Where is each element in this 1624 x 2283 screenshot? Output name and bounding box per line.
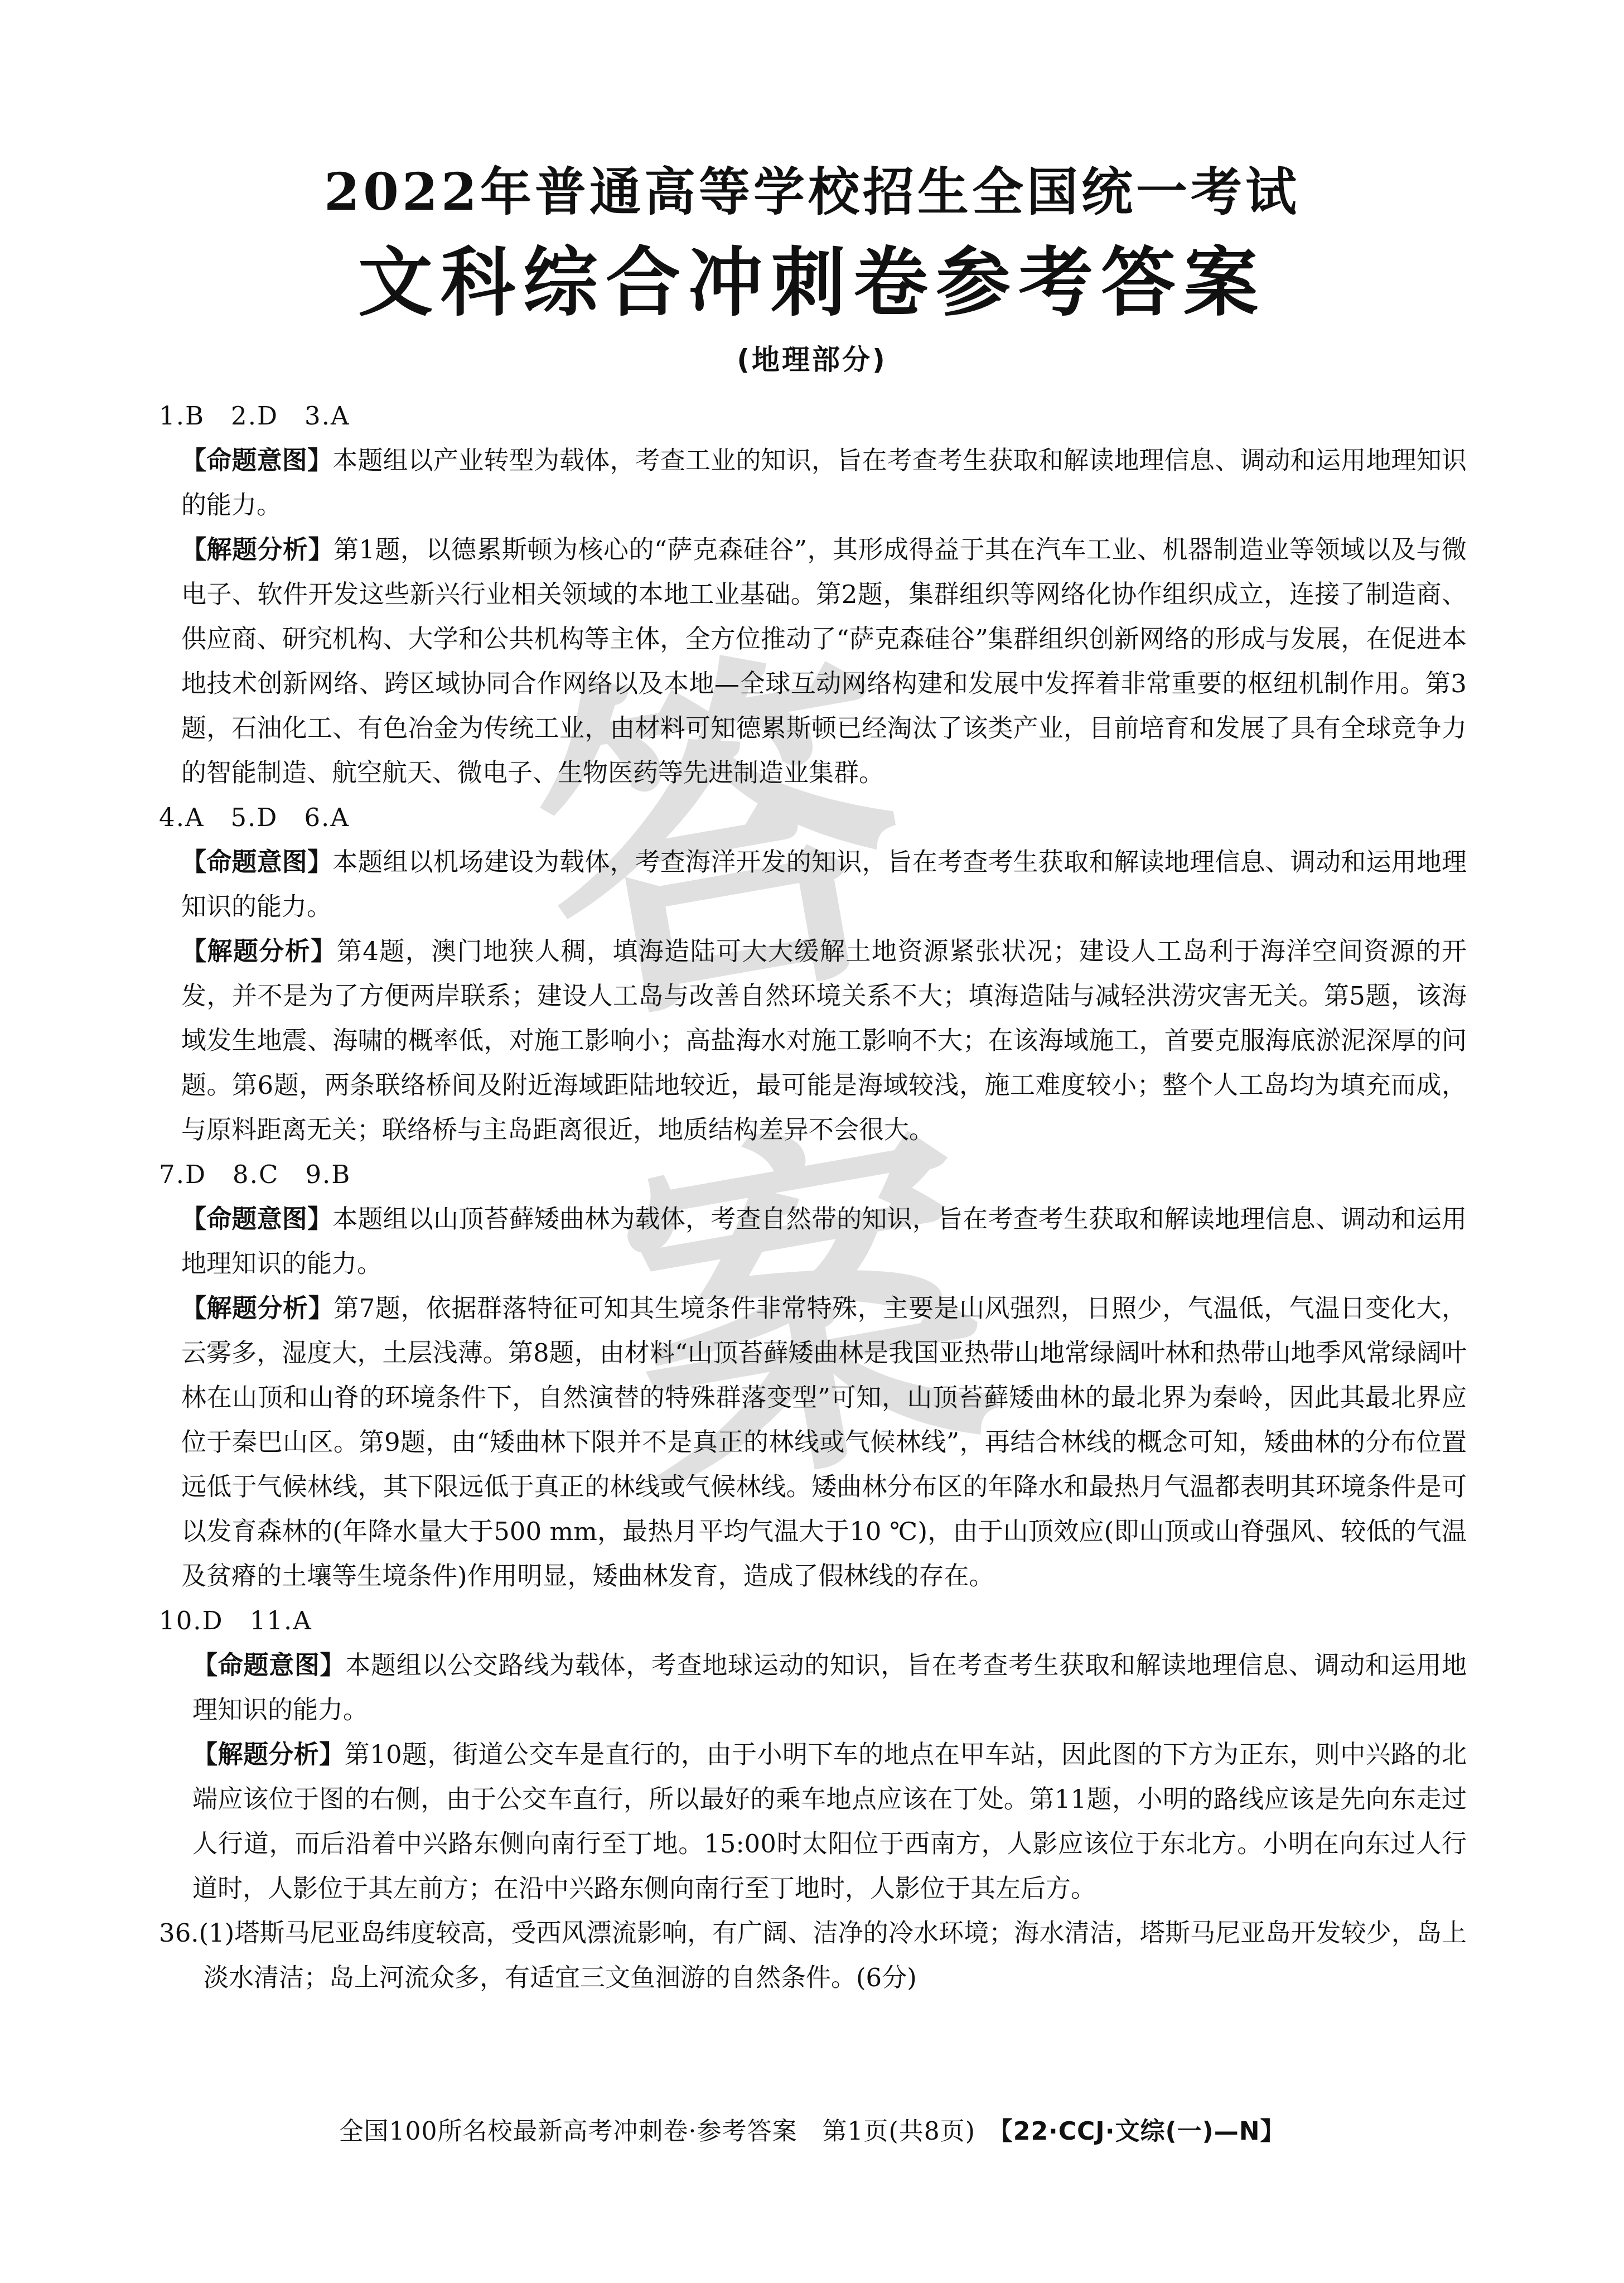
document-title: 文科综合冲刺卷参考答案 [0,245,1624,320]
intent-paragraph: 【命题意图】本题组以产业转型为载体，考查工业的知识，旨在考查考生获取和解读地理信… [159,438,1467,528]
intent-label: 【命题意图】 [192,1650,345,1680]
section-subtitle: (地理部分) [0,346,1624,374]
intent-text: 本题组以产业转型为载体，考查工业的知识，旨在考查考生获取和解读地理信息、调动和运… [181,446,1467,520]
intent-label: 【命题意图】 [181,1204,332,1234]
answer-line: 4.A 5.D 6.A [159,795,1467,840]
analysis-paragraph: 【解题分析】第4题，澳门地狭人稠，填海造陆可大大缓解土地资源紧张状况；建设人工岛… [159,929,1467,1152]
page-footer: 全国100所名校最新高考冲刺卷·参考答案 第1页(共8页) 【22·CCJ·文综… [0,2120,1624,2144]
analysis-label: 【解题分析】 [181,937,337,966]
question-group-1-3: 1.B 2.D 3.A 【命题意图】本题组以产业转型为载体，考查工业的知识，旨在… [159,394,1467,795]
analysis-label: 【解题分析】 [181,1293,333,1323]
intent-paragraph: 【命题意图】本题组以公交路线为载体，考查地球运动的知识，旨在考查考生获取和解读地… [159,1643,1467,1732]
question-group-4-6: 4.A 5.D 6.A 【命题意图】本题组以机场建设为载体，考查海洋开发的知识，… [159,795,1467,1152]
intent-text: 本题组以机场建设为载体，考查海洋开发的知识，旨在考查考生获取和解读地理信息、调动… [181,847,1467,921]
intent-paragraph: 【命题意图】本题组以机场建设为载体，考查海洋开发的知识，旨在考查考生获取和解读地… [159,840,1467,929]
analysis-paragraph: 【解题分析】第10题，街道公交车是直行的，由于小明下车的地点在甲车站，因此图的下… [159,1732,1467,1911]
analysis-text: 第4题，澳门地狭人稠，填海造陆可大大缓解土地资源紧张状况；建设人工岛利于海洋空间… [181,937,1467,1145]
intent-text: 本题组以公交路线为载体，考查地球运动的知识，旨在考查考生获取和解读地理信息、调动… [192,1650,1467,1725]
intent-paragraph: 【命题意图】本题组以山顶苔藓矮曲林为载体，考查自然带的知识，旨在考查考生获取和解… [159,1197,1467,1286]
answer-line: 7.D 8.C 9.B [159,1152,1467,1197]
question-group-7-9: 7.D 8.C 9.B 【命题意图】本题组以山顶苔藓矮曲林为载体，考查自然带的知… [159,1152,1467,1599]
q36-answer: 36.(1)塔斯马尼亚岛纬度较高，受西风漂流影响，有广阔、洁净的冷水环境；海水清… [159,1911,1467,2000]
paper-code: 【22·CCJ·文综(一)—N】 [1000,2117,1285,2146]
footer-text: 全国100所名校最新高考冲刺卷·参考答案 第1页(共8页) [339,2117,1000,2146]
analysis-text: 第7题，依据群落特征可知其生境条件非常特殊，主要是山风强烈，日照少，气温低，气温… [181,1293,1467,1591]
intent-text: 本题组以山顶苔藓矮曲林为载体，考查自然带的知识，旨在考查考生获取和解读地理信息、… [181,1204,1467,1278]
analysis-paragraph: 【解题分析】第7题，依据群落特征可知其生境条件非常特殊，主要是山风强烈，日照少，… [159,1286,1467,1599]
answer-body: 1.B 2.D 3.A 【命题意图】本题组以产业转型为载体，考查工业的知识，旨在… [159,394,1467,2000]
analysis-text: 第10题，街道公交车是直行的，由于小明下车的地点在甲车站，因此图的下方为正东，则… [192,1740,1467,1903]
exam-title: 2022年普通高等学校招生全国统一考试 [0,166,1624,218]
question-group-10-11: 10.D 11.A 【命题意图】本题组以公交路线为载体，考查地球运动的知识，旨在… [159,1599,1467,1911]
analysis-label: 【解题分析】 [181,535,333,564]
answer-line: 10.D 11.A [159,1599,1467,1643]
answer-line: 1.B 2.D 3.A [159,394,1467,438]
intent-label: 【命题意图】 [181,446,332,475]
question-36: 36.(1)塔斯马尼亚岛纬度较高，受西风漂流影响，有广阔、洁净的冷水环境；海水清… [159,1911,1467,2000]
analysis-text: 第1题，以德累斯顿为核心的“萨克森硅谷”，其形成得益于其在汽车工业、机器制造业等… [181,535,1467,788]
analysis-label: 【解题分析】 [192,1740,345,1769]
answer-key-page: 答 案 2022年普通高等学校招生全国统一考试 文科综合冲刺卷参考答案 (地理部… [0,0,1624,2283]
intent-label: 【命题意图】 [181,847,332,877]
analysis-paragraph: 【解题分析】第1题，以德累斯顿为核心的“萨克森硅谷”，其形成得益于其在汽车工业、… [159,528,1467,795]
